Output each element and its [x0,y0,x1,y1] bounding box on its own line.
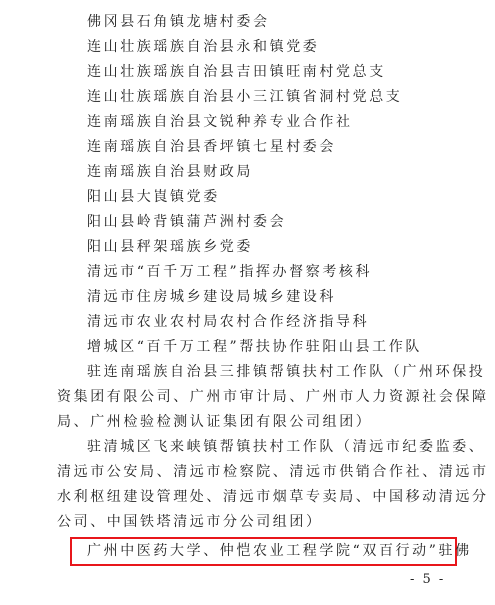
list-item: 阳山县大崀镇党委 [87,189,220,205]
list-item: 清远市农业农村局农村合作经济指导科 [87,314,369,330]
paragraph-line: 清远市公安局、清远市检察院、清远市供销合作社、清远市 [57,464,489,480]
list-item: 佛冈县石角镇龙塘村委会 [87,14,270,30]
list-item: 连南瑶族自治县财政局 [87,164,253,180]
list-item: 清远市“百千万工程”指挥办督察考核科 [87,264,372,280]
list-item: 阳山县岭背镇蒲芦洲村委会 [87,214,286,230]
list-item: 连南瑶族自治县香坪镇七星村委会 [87,139,336,155]
paragraph-line: 驻连南瑶族自治县三排镇帮镇扶村工作队（广州环保投 [87,364,485,380]
paragraph-line: 公司、中国铁塔清远市分公司组团） [57,514,323,530]
list-item: 连山壮族瑶族自治县吉田镇旺南村党总支 [87,64,386,80]
list-item: 阳山县秤架瑶族乡党委 [87,239,253,255]
list-item: 连南瑶族自治县文锐种养专业合作社 [87,114,353,130]
document-page: 佛冈县石角镇龙塘村委会 连山壮族瑶族自治县永和镇党委 连山壮族瑶族自治县吉田镇旺… [0,0,495,605]
paragraph-line: 局、广州检验检测认证集团有限公司组团） [57,414,372,430]
list-item: 连山壮族瑶族自治县永和镇党委 [87,39,319,55]
list-item: 清远市住房城乡建设局城乡建设科 [87,289,336,305]
highlighted-line: 广州中医药大学、仲恺农业工程学院“双百行动”驻佛 [87,543,472,559]
list-item: 增城区“百千万工程”帮扶协作驻阳山县工作队 [87,339,422,355]
paragraph-line: 资集团有限公司、广州市审计局、广州市人力资源社会保障 [57,389,489,405]
paragraph-line: 水利枢纽建设管理处、清远市烟草专卖局、中国移动清远分 [57,489,489,505]
list-item: 连山壮族瑶族自治县小三江镇省洞村党总支 [87,89,402,105]
paragraph-line: 驻清城区飞来峡镇帮镇扶村工作队（清远市纪委监委、 [87,439,485,455]
page-number: - 5 - [410,572,445,587]
